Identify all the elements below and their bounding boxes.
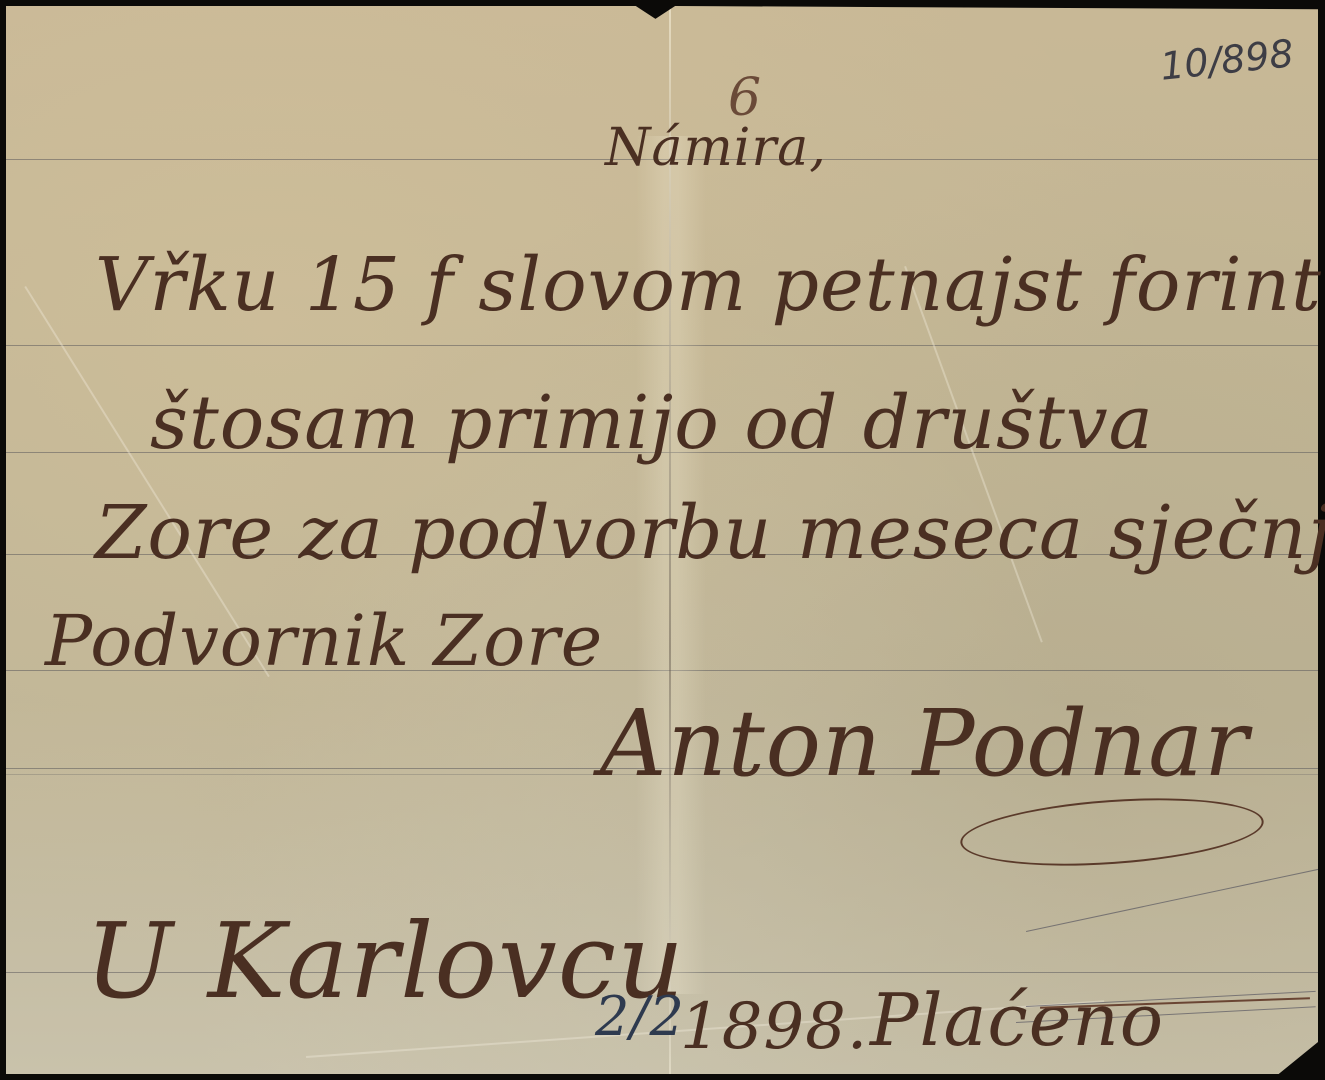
date-year: 1898. (680, 990, 868, 1064)
paid-note: Plaćeno (870, 978, 1164, 1062)
document-title: Námira, (605, 118, 827, 178)
body-line-3: Zore za podvorbu meseca sječnja (95, 490, 1325, 576)
body-line-4: Podvornik Zore (45, 600, 603, 682)
signature: Anton Podnar (600, 690, 1249, 797)
body-line-2: štosam primijo od društva (150, 380, 1154, 466)
pencil-mark (1026, 869, 1320, 932)
body-line-1: Vřku 15 f slovom petnajst forinti; (95, 242, 1325, 328)
date-day-month: 2/2 (595, 985, 685, 1048)
